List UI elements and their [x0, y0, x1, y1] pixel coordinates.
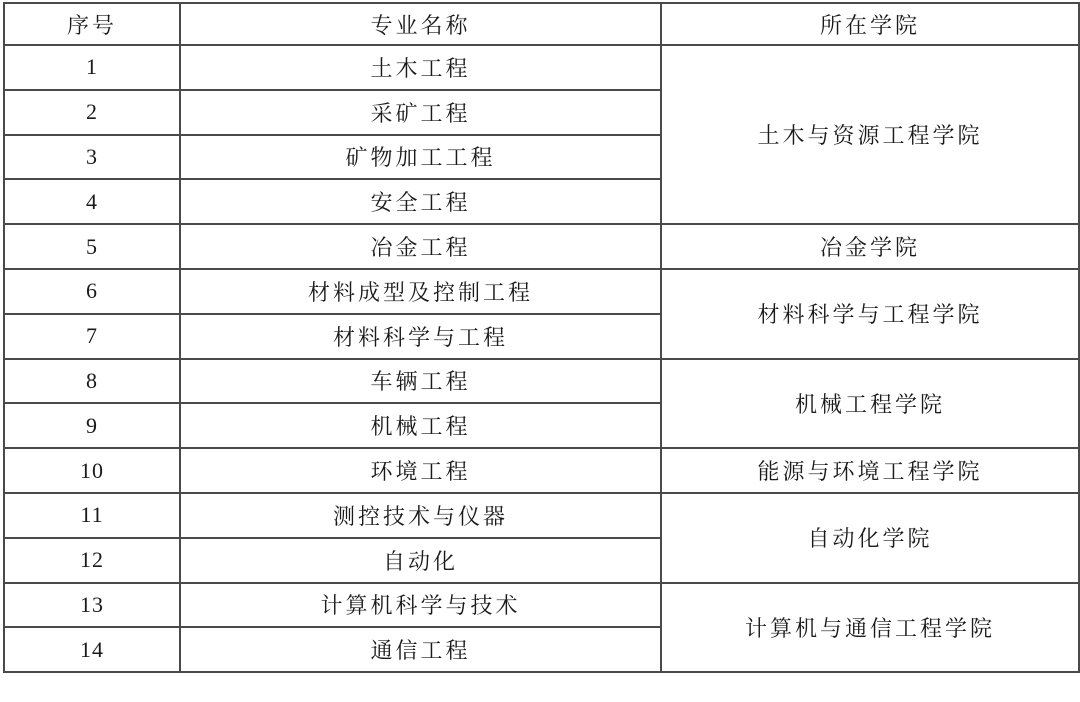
college-cell: 土木与资源工程学院: [661, 45, 1079, 224]
serial-number-cell: 13: [4, 583, 180, 628]
table-row: 5 冶金工程 冶金学院: [4, 224, 1079, 269]
college-cell: 计算机与通信工程学院: [661, 583, 1079, 673]
header-serial-number: 序号: [4, 3, 180, 45]
major-name-cell: 测控技术与仪器: [180, 493, 661, 538]
college-cell: 冶金学院: [661, 224, 1079, 269]
serial-number-cell: 10: [4, 448, 180, 493]
college-cell: 机械工程学院: [661, 359, 1079, 449]
college-cell: 能源与环境工程学院: [661, 448, 1079, 493]
serial-number-cell: 7: [4, 314, 180, 359]
table-row: 13 计算机科学与技术 计算机与通信工程学院: [4, 583, 1079, 628]
major-name-cell: 机械工程: [180, 403, 661, 448]
major-name-cell: 材料科学与工程: [180, 314, 661, 359]
major-name-cell: 计算机科学与技术: [180, 583, 661, 628]
major-name-cell: 安全工程: [180, 179, 661, 224]
majors-table: 序号 专业名称 所在学院 1 土木工程 土木与资源工程学院 2 采矿工程 3 矿…: [3, 2, 1080, 673]
serial-number-cell: 2: [4, 90, 180, 135]
serial-number-cell: 14: [4, 627, 180, 672]
serial-number-cell: 11: [4, 493, 180, 538]
header-row: 序号 专业名称 所在学院: [4, 3, 1079, 45]
major-name-cell: 通信工程: [180, 627, 661, 672]
serial-number-cell: 12: [4, 538, 180, 583]
major-name-cell: 材料成型及控制工程: [180, 269, 661, 314]
table-row: 11 测控技术与仪器 自动化学院: [4, 493, 1079, 538]
major-name-cell: 环境工程: [180, 448, 661, 493]
major-name-cell: 车辆工程: [180, 359, 661, 404]
table-row: 8 车辆工程 机械工程学院: [4, 359, 1079, 404]
college-cell: 材料科学与工程学院: [661, 269, 1079, 359]
major-name-cell: 土木工程: [180, 45, 661, 90]
table-row: 10 环境工程 能源与环境工程学院: [4, 448, 1079, 493]
header-college: 所在学院: [661, 3, 1079, 45]
header-major-name: 专业名称: [180, 3, 661, 45]
serial-number-cell: 1: [4, 45, 180, 90]
major-name-cell: 采矿工程: [180, 90, 661, 135]
serial-number-cell: 4: [4, 179, 180, 224]
table-row: 6 材料成型及控制工程 材料科学与工程学院: [4, 269, 1079, 314]
major-name-cell: 冶金工程: [180, 224, 661, 269]
serial-number-cell: 9: [4, 403, 180, 448]
college-cell: 自动化学院: [661, 493, 1079, 583]
serial-number-cell: 6: [4, 269, 180, 314]
table-row: 1 土木工程 土木与资源工程学院: [4, 45, 1079, 90]
serial-number-cell: 5: [4, 224, 180, 269]
serial-number-cell: 3: [4, 135, 180, 180]
major-name-cell: 自动化: [180, 538, 661, 583]
major-name-cell: 矿物加工工程: [180, 135, 661, 180]
serial-number-cell: 8: [4, 359, 180, 404]
